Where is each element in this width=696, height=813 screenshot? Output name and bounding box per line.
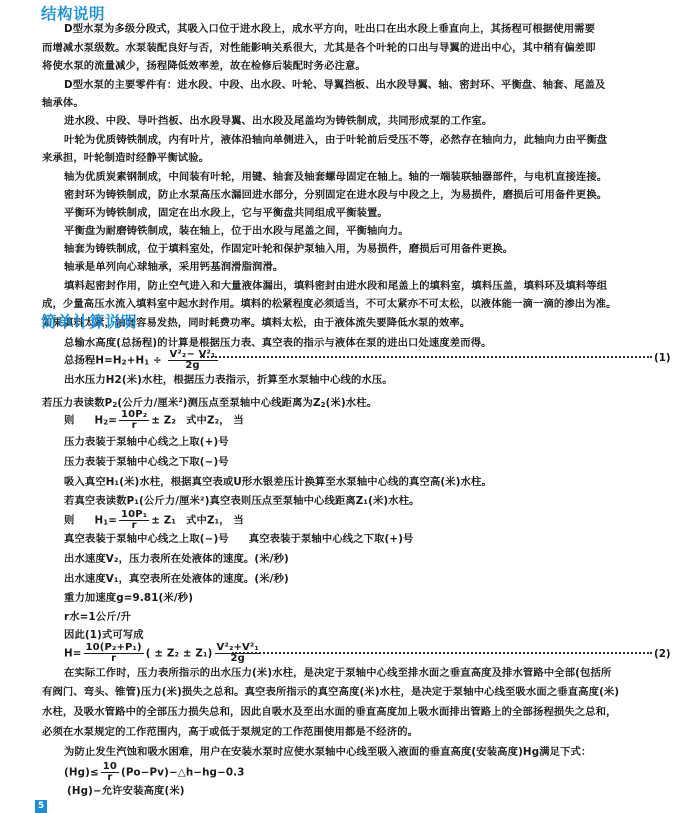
paragraph-line: 轴承是单列向心球轴承，采用钙基润滑脂润滑。	[64, 260, 283, 274]
fraction: 10P₂r	[119, 410, 149, 431]
g-description: 重力加速度g=9.81(米/秒)	[64, 591, 193, 605]
paragraph-line: 平衡环为铸铁制成，固定在出水段上，它与平衡盘共同组成平衡装置。	[64, 206, 388, 220]
v1-description: 出水速度V₁，真空表所在处液体的速度。(米/秒)	[64, 572, 289, 586]
fraction: 10(P₂+P₁)r	[84, 643, 144, 664]
fraction: V²₂− V²₁2g	[168, 350, 218, 371]
paragraph-line: 而增减水泵级数。水泵装配良好与否，对性能影响关系很大，尤其是各个叶轮的口出与导翼…	[42, 41, 596, 55]
h1-description: 吸入真空H₁(米)水柱，根据真空表或U形水银差压计换算至水泵轴中心线的真空高(米…	[64, 475, 492, 489]
fraction: 10P₁r	[119, 510, 149, 531]
equation-number: (1)	[654, 351, 671, 365]
paragraph-line: 来承担，叶轮制造时经静平衡试验。	[42, 151, 209, 165]
therefore-line: 因此(1)式可写成	[64, 628, 144, 642]
paragraph-line: 轴套为铸铁制成，位于填料室处，作固定叶轮和保护泵轴入用，为易损件，磨损后可用备件…	[64, 242, 513, 256]
formula-h2: 则H2=10P₂r± Z₂式中Z₂， 当	[64, 410, 244, 431]
cavitation-line: 为防止发生汽蚀和吸水困难，用户在安装水泵时应使水泵轴中心线至吸入液面的垂直高度(…	[64, 745, 591, 759]
paragraph-line: 水柱，及吸水管路中的全部压力损失总和，因此自吸水及至出水面的垂直高度加上吸水面排…	[42, 705, 617, 719]
equation-number: (2)	[654, 647, 671, 661]
section-title-structure: 结构说明	[41, 2, 105, 24]
p1-description: 若真空表读数P₁(公斤力/厘米²)真空表则压点至泵轴中心线距离Z₁(米)水柱。	[64, 494, 420, 508]
formula-install-height: (Hg)≤10r(Po−Pv)−△h−hg−0.3	[64, 762, 245, 783]
h2-description: 出水压力H2(米)水柱，根据压力表指示，折算至水泵轴中心线的水压。	[64, 373, 393, 387]
paragraph-line: 平衡盘为耐磨铸铁制成，装在轴上，位于出水段与尾盖之间，平衡轴向力。	[64, 224, 409, 238]
leader-dots	[200, 356, 652, 358]
paragraph-line: 填料起密封作用，防止空气进入和大量液体漏出，填料密封由进水段和尾盖上的填料室，填…	[64, 279, 607, 293]
paragraph-line: 必须在水泵规定的工作范围内，高于或低于泵规定的工作范围使用都是不经济的。	[42, 725, 418, 739]
paragraph-line: 进水段、中段、导叶挡板、出水段导翼、出水段及尾盖均为铸铁制成，共同形成泵的工作室…	[64, 114, 492, 128]
paragraph-line: 叶轮为优质铸铁制成，内有叶片，液体沿轴向单侧进入，由于叶轮前后受压不等，必然存在…	[64, 133, 607, 147]
intro-line: 总输水高度(总扬程)的计算是根据压力表、真空表的指示与液体在泵的进出口处速度差而…	[64, 336, 492, 350]
paragraph-line: 在实际工作时，压力表所指示的出水压力(米)水柱，是决定于泵轴中心线至排水面之垂直…	[64, 666, 611, 680]
leader-dots	[232, 652, 652, 654]
paragraph-line: D型水泵为多级分段式，其吸入口位于进水段上，成水平方向，吐出口在出水段上垂直向上…	[64, 22, 595, 36]
paragraph-line: 轴为优质炭素钢制成，中间装有叶轮，用键、轴套及轴套螺母固定在轴上。轴的一端装联轴…	[64, 170, 607, 184]
formula-total-head: 总扬程H=H2+H1 ÷ V²₂− V²₁2g	[64, 350, 220, 371]
v2-description: 出水速度V₂，压力表所在处液体的速度。(米/秒)	[64, 552, 289, 566]
paragraph-line: 密封环为铸铁制成，防止水泵高压水漏回进水部分，分别固定在进水段与中段之上，为易损…	[64, 188, 607, 202]
r-description: r水=1公斤/升	[64, 610, 131, 624]
h2-minus-rule: 压力表装于泵轴中心线之下取(−)号	[64, 455, 229, 469]
page-number-badge: 5	[35, 800, 47, 813]
section-title-calculation: 简单计算说明	[41, 310, 137, 332]
h2-plus-rule: 压力表装于泵轴中心线之上取(+)号	[64, 435, 229, 449]
hg-definition: (Hg)−允许安装高度(米)	[67, 784, 185, 798]
document-page: 结构说明 D型水泵为多级分段式，其吸入口位于进水段上，成水平方向，吐出口在出水段…	[0, 0, 696, 813]
formula-h1: 则H1=10P₁r± Z₁式中Z₁， 当	[64, 510, 244, 531]
paragraph-line: 轴承体。	[42, 96, 84, 110]
paragraph-line: 将使水泵的流量减少，扬程降低效率差，故在检修后装配时务必注意。	[42, 59, 366, 73]
h1-sign-rule: 真空表装于泵轴中心线之上取(−)号真空表装于泵轴中心线之下取(+)号	[64, 532, 414, 546]
fraction: 10r	[101, 762, 119, 783]
paragraph-line: 成，少量高压水流入填料室中起水封作用。填料的松紧程度必须适当，不可太紧亦不可太松…	[42, 297, 617, 311]
paragraph-line: 有阀门、弯头、锥管)压力(米)损失之总和。真空表所指示的真空高度(米)水柱，是决…	[42, 685, 619, 699]
paragraph-line: D型水泵的主要零件有：进水段、中段、出水段、叶轮、导翼挡板、出水段导翼、轴、密封…	[64, 78, 606, 92]
